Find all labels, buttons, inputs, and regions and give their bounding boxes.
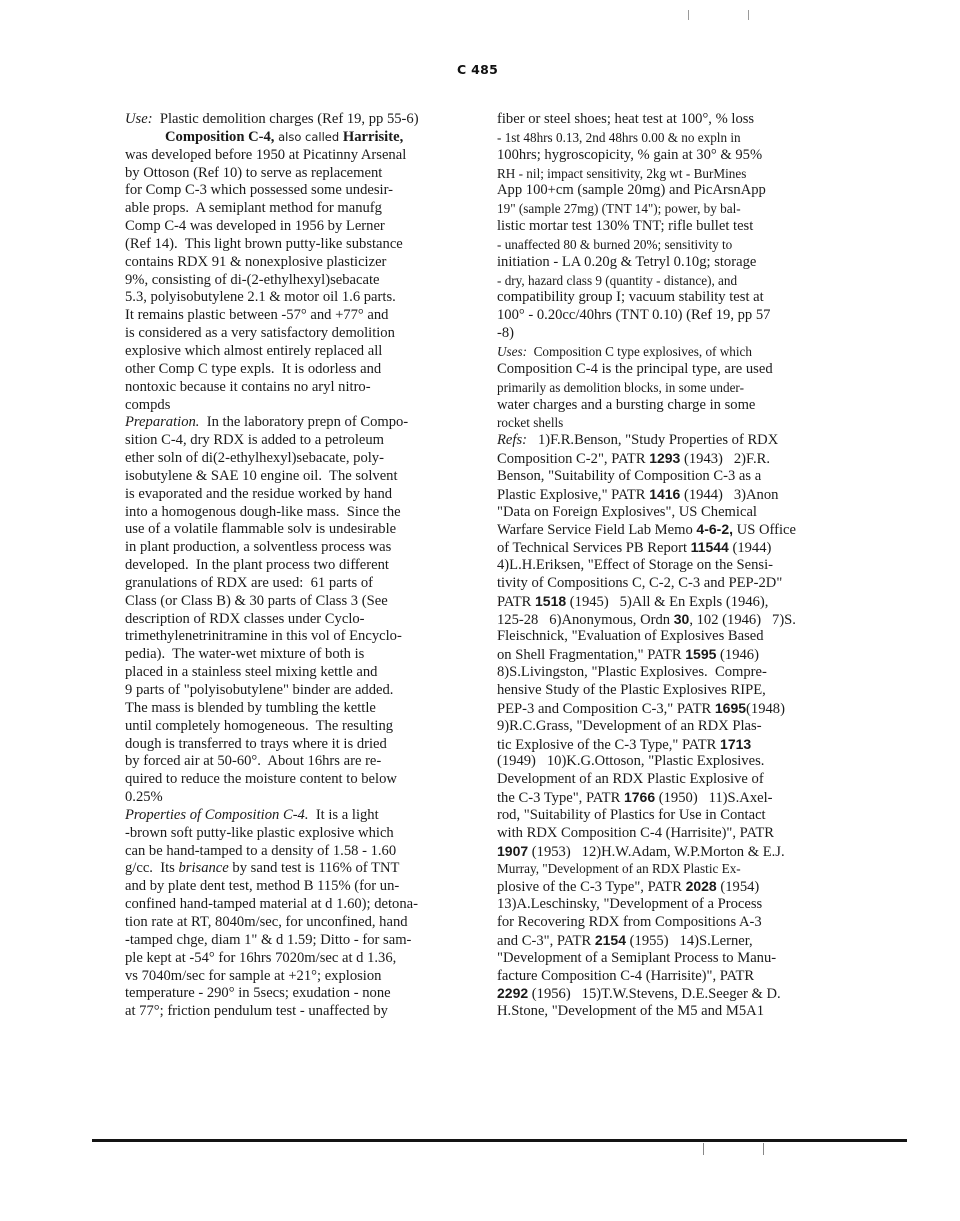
text-run: tivity of Compositions C, C-2, C-3 and P… bbox=[497, 575, 782, 591]
report-number: 1293 bbox=[649, 450, 680, 466]
text-line: "Data on Foreign Explosives", US Chemica… bbox=[497, 504, 842, 522]
text-line: plosive of the C-3 Type", PATR 2028 (195… bbox=[497, 878, 842, 896]
text-line: 2292 (1956) 15)T.W.Stevens, D.E.Seeger &… bbox=[497, 985, 842, 1003]
text-line: and by plate dent test, method B 115% (f… bbox=[125, 878, 470, 896]
text-line: can be hand-tamped to a density of 1.58 … bbox=[125, 843, 470, 861]
text-line: 19" (sample 27mg) (TNT 14"); power, by b… bbox=[497, 200, 842, 218]
text-run: facture Composition C-4 (Harrisite)", PA… bbox=[497, 968, 754, 984]
text-run: explosive which almost entirely replaced… bbox=[125, 343, 382, 359]
text-line: Composition C-4 is the principal type, a… bbox=[497, 361, 842, 379]
report-number: 1695 bbox=[715, 700, 746, 716]
heading-term: Harrisite, bbox=[343, 129, 403, 145]
text-run: plosive of the C-3 Type", PATR bbox=[497, 879, 686, 895]
text-run: -brown soft putty-like plastic explosive… bbox=[125, 825, 394, 841]
text-line: the C-3 Type", PATR 1766 (1950) 11)S.Axe… bbox=[497, 789, 842, 807]
text-line: of Technical Services PB Report 11544 (1… bbox=[497, 539, 842, 557]
text-line: pedia). The water-wet mixture of both is bbox=[125, 646, 470, 664]
text-line: quired to reduce the moisture content to… bbox=[125, 771, 470, 789]
text-line: 9%, consisting of di-(2-ethylhexyl)sebac… bbox=[125, 272, 470, 290]
text-line: water charges and a bursting charge in s… bbox=[497, 397, 842, 415]
text-line: at 77°; friction pendulum test - unaffec… bbox=[125, 1003, 470, 1021]
report-number: 30 bbox=[674, 611, 690, 627]
report-number: 2154 bbox=[595, 932, 626, 948]
text-run: (Ref 14). This light brown putty-like su… bbox=[125, 236, 403, 252]
text-line: 4)L.H.Eriksen, "Effect of Storage on the… bbox=[497, 557, 842, 575]
text-run: by sand test is 116% of TNT bbox=[229, 860, 400, 876]
text-run: ple kept at -54° for 16hrs 7020m/sec at … bbox=[125, 950, 396, 966]
text-run: RH - nil; impact sensitivity, 2kg wt - B… bbox=[497, 166, 746, 181]
text-run: 13)A.Leschinsky, "Development of a Proce… bbox=[497, 896, 762, 912]
text-run: hensive Study of the Plastic Explosives … bbox=[497, 682, 766, 698]
text-run: is considered as a very satisfactory dem… bbox=[125, 325, 395, 341]
scan-mark-bottom-1 bbox=[703, 1143, 704, 1155]
text-line: on Shell Fragmentation," PATR 1595 (1946… bbox=[497, 646, 842, 664]
text-run: vs 7040m/sec for sample at +21°; explosi… bbox=[125, 968, 381, 984]
text-line: Uses: Composition C type explosives, of … bbox=[497, 343, 842, 361]
text-line: 9 parts of "polyisobutylene" binder are … bbox=[125, 682, 470, 700]
text-run: compatibility group I; vacuum stability … bbox=[497, 289, 764, 305]
text-run: 19" (sample 27mg) (TNT 14"); power, by b… bbox=[497, 201, 741, 216]
page-number-header: C 485 bbox=[457, 62, 498, 77]
text-line: 0.25% bbox=[125, 789, 470, 807]
report-number: 1518 bbox=[535, 593, 566, 609]
text-run: "Data on Foreign Explosives", US Chemica… bbox=[497, 504, 757, 520]
text-line: Benson, "Suitability of Composition C-3 … bbox=[497, 468, 842, 486]
text-run: 9 parts of "polyisobutylene" binder are … bbox=[125, 682, 393, 698]
heading-term: Composition C-4, bbox=[165, 129, 274, 145]
text-run: description of RDX classes under Cyclo- bbox=[125, 611, 365, 627]
text-run: Fleischnick, "Evaluation of Explosives B… bbox=[497, 628, 764, 644]
text-run: , 102 (1946) 7)S. bbox=[689, 612, 796, 628]
text-run: (1956) 15)T.W.Stevens, D.E.Seeger & D. bbox=[528, 986, 781, 1002]
text-run: 100hrs; hygroscopicity, % gain at 30° & … bbox=[497, 147, 762, 163]
text-run: Development of an RDX Plastic Explosive … bbox=[497, 771, 764, 787]
text-run: g/cc. Its bbox=[125, 860, 179, 876]
text-run: compds bbox=[125, 397, 170, 413]
italic-label: Use: bbox=[125, 111, 153, 127]
text-run: able props. A semiplant method for manuf… bbox=[125, 200, 382, 216]
text-run: with RDX Composition C-4 (Harrisite)", P… bbox=[497, 825, 774, 841]
text-run: Comp C-4 was developed in 1956 by Lerner bbox=[125, 218, 385, 234]
text-run: fiber or steel shoes; heat test at 100°,… bbox=[497, 111, 754, 127]
text-run: isobutylene & SAE 10 engine oil. The sol… bbox=[125, 468, 398, 484]
text-run: 9)R.C.Grass, "Development of an RDX Plas… bbox=[497, 718, 762, 734]
text-run: in plant production, a solventless proce… bbox=[125, 539, 391, 555]
text-line: description of RDX classes under Cyclo- bbox=[125, 611, 470, 629]
text-run: Composition C-2", PATR bbox=[497, 451, 649, 467]
text-line: 100hrs; hygroscopicity, % gain at 30° & … bbox=[497, 147, 842, 165]
text-line: compatibility group I; vacuum stability … bbox=[497, 289, 842, 307]
text-run: PEP-3 and Composition C-3," PATR bbox=[497, 701, 715, 717]
report-number: 2028 bbox=[686, 878, 717, 894]
text-run: The mass is blended by tumbling the kett… bbox=[125, 700, 376, 716]
text-line: RH - nil; impact sensitivity, 2kg wt - B… bbox=[497, 165, 842, 183]
text-line: ple kept at -54° for 16hrs 7020m/sec at … bbox=[125, 950, 470, 968]
italic-label: brisance bbox=[179, 860, 229, 876]
report-number: 1766 bbox=[624, 789, 655, 805]
text-line: compds bbox=[125, 397, 470, 415]
text-line: for Recovering RDX from Compositions A-3 bbox=[497, 914, 842, 932]
text-line: 1907 (1953) 12)H.W.Adam, W.P.Morton & E.… bbox=[497, 843, 842, 861]
text-line: tion rate at RT, 8040m/sec, for unconfin… bbox=[125, 914, 470, 932]
text-run: also called bbox=[274, 130, 342, 144]
text-run: 0.25% bbox=[125, 789, 163, 805]
report-number: 1907 bbox=[497, 843, 528, 859]
text-run: sition C-4, dry RDX is added to a petrol… bbox=[125, 432, 384, 448]
text-run: is evaporated and the residue worked by … bbox=[125, 486, 392, 502]
text-line: sition C-4, dry RDX is added to a petrol… bbox=[125, 432, 470, 450]
text-line: App 100+cm (sample 20mg) and PicArsnApp bbox=[497, 182, 842, 200]
text-line: 5.3, polyisobutylene 2.1 & motor oil 1.6… bbox=[125, 289, 470, 307]
text-line: "Development of a Semiplant Process to M… bbox=[497, 950, 842, 968]
text-line: Properties of Composition C-4. It is a l… bbox=[125, 807, 470, 825]
text-run: rod, "Suitability of Plastics for Use in… bbox=[497, 807, 766, 823]
right-text-column: fiber or steel shoes; heat test at 100°,… bbox=[497, 111, 842, 1021]
text-line: was developed before 1950 at Picatinny A… bbox=[125, 147, 470, 165]
text-run: Benson, "Suitability of Composition C-3 … bbox=[497, 468, 761, 484]
text-run: for Recovering RDX from Compositions A-3 bbox=[497, 914, 762, 930]
text-line: Class (or Class B) & 30 parts of Class 3… bbox=[125, 593, 470, 611]
text-run: 5.3, polyisobutylene 2.1 & motor oil 1.6… bbox=[125, 289, 396, 305]
text-line: contains RDX 91 & nonexplosive plasticiz… bbox=[125, 254, 470, 272]
text-run: confined hand-tamped material at d 1.60)… bbox=[125, 896, 418, 912]
text-run: (1944) bbox=[729, 540, 772, 556]
text-run: water charges and a bursting charge in s… bbox=[497, 397, 755, 413]
text-line: PEP-3 and Composition C-3," PATR 1695(19… bbox=[497, 700, 842, 718]
text-run: -tamped chge, diam 1" & d 1.59; Ditto - … bbox=[125, 932, 411, 948]
text-run: (1946) bbox=[716, 647, 759, 663]
text-line: It remains plastic between -57° and +77°… bbox=[125, 307, 470, 325]
text-run: 4)L.H.Eriksen, "Effect of Storage on the… bbox=[497, 557, 773, 573]
text-line: 8)S.Livingston, "Plastic Explosives. Com… bbox=[497, 664, 842, 682]
text-line: - 1st 48hrs 0.13, 2nd 48hrs 0.00 & no ex… bbox=[497, 129, 842, 147]
text-line: is considered as a very satisfactory dem… bbox=[125, 325, 470, 343]
text-line: tic Explosive of the C-3 Type," PATR 171… bbox=[497, 736, 842, 754]
text-run: US Office bbox=[733, 522, 796, 538]
text-run: - dry, hazard class 9 (quantity - distan… bbox=[497, 273, 737, 288]
report-number: 1595 bbox=[685, 646, 716, 662]
text-run: (1953) 12)H.W.Adam, W.P.Morton & E.J. bbox=[528, 844, 784, 860]
text-run: other Comp C type expls. It is odorless … bbox=[125, 361, 381, 377]
text-line: rod, "Suitability of Plastics for Use in… bbox=[497, 807, 842, 825]
text-line: by forced air at 50-60°. About 16hrs are… bbox=[125, 753, 470, 771]
text-run: (1948) bbox=[746, 701, 785, 717]
text-run: was developed before 1950 at Picatinny A… bbox=[125, 147, 406, 163]
text-run: by Ottoson (Ref 10) to serve as replacem… bbox=[125, 165, 382, 181]
text-run: dough is transferred to trays where it i… bbox=[125, 736, 387, 752]
text-line: with RDX Composition C-4 (Harrisite)", P… bbox=[497, 825, 842, 843]
text-line: until completely homogeneous. The result… bbox=[125, 718, 470, 736]
text-line: Development of an RDX Plastic Explosive … bbox=[497, 771, 842, 789]
text-line: g/cc. Its brisance by sand test is 116% … bbox=[125, 860, 470, 878]
text-run: PATR bbox=[497, 594, 535, 610]
text-line: isobutylene & SAE 10 engine oil. The sol… bbox=[125, 468, 470, 486]
text-run: 9%, consisting of di-(2-ethylhexyl)sebac… bbox=[125, 272, 380, 288]
text-run: Class (or Class B) & 30 parts of Class 3… bbox=[125, 593, 388, 609]
text-run: It is a light bbox=[309, 807, 379, 823]
report-number: 1713 bbox=[720, 736, 751, 752]
text-run: (1944) 3)Anon bbox=[680, 487, 778, 503]
report-number: 11544 bbox=[691, 539, 729, 555]
text-line: temperature - 290° in 5secs; exudation -… bbox=[125, 985, 470, 1003]
text-run: tion rate at RT, 8040m/sec, for unconfin… bbox=[125, 914, 408, 930]
text-run: the C-3 Type", PATR bbox=[497, 790, 624, 806]
text-line: nontoxic because it contains no aryl nit… bbox=[125, 379, 470, 397]
text-line: -brown soft putty-like plastic explosive… bbox=[125, 825, 470, 843]
text-line: granulations of RDX are used: 61 parts o… bbox=[125, 575, 470, 593]
text-run: In the laboratory prepn of Compo- bbox=[199, 414, 408, 430]
text-run: trimethylenetrinitramine in this vol of … bbox=[125, 628, 402, 644]
text-line: 125-28 6)Anonymous, Ordn 30, 102 (1946) … bbox=[497, 611, 842, 629]
italic-label: Properties of Composition C-4. bbox=[125, 807, 309, 823]
section-heading-line: Composition C-4, also called Harrisite, bbox=[125, 129, 470, 147]
text-line: 9)R.C.Grass, "Development of an RDX Plas… bbox=[497, 718, 842, 736]
text-line: is evaporated and the residue worked by … bbox=[125, 486, 470, 504]
text-line: by Ottoson (Ref 10) to serve as replacem… bbox=[125, 165, 470, 183]
report-number: 1416 bbox=[649, 486, 680, 502]
text-line: able props. A semiplant method for manuf… bbox=[125, 200, 470, 218]
text-line: tivity of Compositions C, C-2, C-3 and P… bbox=[497, 575, 842, 593]
text-line: H.Stone, "Development of the M5 and M5A1 bbox=[497, 1003, 842, 1021]
text-line: Warfare Service Field Lab Memo 4-6-2, US… bbox=[497, 521, 842, 539]
text-run: 125-28 6)Anonymous, Ordn bbox=[497, 612, 674, 628]
text-run: "Development of a Semiplant Process to M… bbox=[497, 950, 776, 966]
text-run: 8)S.Livingston, "Plastic Explosives. Com… bbox=[497, 664, 767, 680]
text-run: can be hand-tamped to a density of 1.58 … bbox=[125, 843, 396, 859]
text-line: Use: Plastic demolition charges (Ref 19,… bbox=[125, 111, 470, 129]
text-line: and C-3", PATR 2154 (1955) 14)S.Lerner, bbox=[497, 932, 842, 950]
text-run: tic Explosive of the C-3 Type," PATR bbox=[497, 737, 720, 753]
text-line: Preparation. In the laboratory prepn of … bbox=[125, 414, 470, 432]
text-line: Murray, "Development of an RDX Plastic E… bbox=[497, 860, 842, 878]
text-run: use of a volatile flammable solv is unde… bbox=[125, 521, 396, 537]
text-line: fiber or steel shoes; heat test at 100°,… bbox=[497, 111, 842, 129]
text-line: The mass is blended by tumbling the kett… bbox=[125, 700, 470, 718]
text-run: placed in a stainless steel mixing kettl… bbox=[125, 664, 377, 680]
text-line: - dry, hazard class 9 (quantity - distan… bbox=[497, 272, 842, 290]
text-line: Comp C-4 was developed in 1956 by Lerner bbox=[125, 218, 470, 236]
text-run: for Comp C-3 which possessed some undesi… bbox=[125, 182, 393, 198]
text-line: Fleischnick, "Evaluation of Explosives B… bbox=[497, 628, 842, 646]
text-run: Composition C-4 is the principal type, a… bbox=[497, 361, 773, 377]
text-run: Warfare Service Field Lab Memo bbox=[497, 522, 696, 538]
text-run: 1)F.R.Benson, "Study Properties of RDX bbox=[527, 432, 778, 448]
text-line: Plastic Explosive," PATR 1416 (1944) 3)A… bbox=[497, 486, 842, 504]
text-line: primarily as demolition blocks, in some … bbox=[497, 379, 842, 397]
text-line: 13)A.Leschinsky, "Development of a Proce… bbox=[497, 896, 842, 914]
text-run: into a homogenous dough-like mass. Since… bbox=[125, 504, 401, 520]
text-run: (1954) bbox=[717, 879, 760, 895]
text-line: Composition C-2", PATR 1293 (1943) 2)F.R… bbox=[497, 450, 842, 468]
text-line: listic mortar test 130% TNT; rifle bulle… bbox=[497, 218, 842, 236]
italic-label: Refs: bbox=[497, 432, 527, 448]
text-run: - 1st 48hrs 0.13, 2nd 48hrs 0.00 & no ex… bbox=[497, 130, 741, 145]
text-run: on Shell Fragmentation," PATR bbox=[497, 647, 685, 663]
text-run: contains RDX 91 & nonexplosive plasticiz… bbox=[125, 254, 386, 270]
text-line: 100° - 0.20cc/40hrs (TNT 0.10) (Ref 19, … bbox=[497, 307, 842, 325]
text-line: ether soln of di(2-ethylhexyl)sebacate, … bbox=[125, 450, 470, 468]
text-run: Murray, "Development of an RDX Plastic E… bbox=[497, 861, 741, 876]
text-run: of Technical Services PB Report bbox=[497, 540, 691, 556]
text-run: It remains plastic between -57° and +77°… bbox=[125, 307, 388, 323]
text-run: (1955) 14)S.Lerner, bbox=[626, 933, 753, 949]
text-line: other Comp C type expls. It is odorless … bbox=[125, 361, 470, 379]
text-line: vs 7040m/sec for sample at +21°; explosi… bbox=[125, 968, 470, 986]
text-run: granulations of RDX are used: 61 parts o… bbox=[125, 575, 373, 591]
text-run: H.Stone, "Development of the M5 and M5A1 bbox=[497, 1003, 764, 1019]
text-line: hensive Study of the Plastic Explosives … bbox=[497, 682, 842, 700]
text-run: and by plate dent test, method B 115% (f… bbox=[125, 878, 399, 894]
text-line: in plant production, a solventless proce… bbox=[125, 539, 470, 557]
text-run: primarily as demolition blocks, in some … bbox=[497, 380, 744, 395]
report-number: 4-6-2, bbox=[696, 521, 733, 537]
text-line: (Ref 14). This light brown putty-like su… bbox=[125, 236, 470, 254]
text-run: (1950) 11)S.Axel- bbox=[655, 790, 772, 806]
text-line: (1949) 10)K.G.Ottoson, "Plastic Explosiv… bbox=[497, 753, 842, 771]
text-run: Plastic demolition charges (Ref 19, pp 5… bbox=[153, 111, 419, 127]
text-line: trimethylenetrinitramine in this vol of … bbox=[125, 628, 470, 646]
text-run: at 77°; friction pendulum test - unaffec… bbox=[125, 1003, 388, 1019]
text-run: quired to reduce the moisture content to… bbox=[125, 771, 397, 787]
text-run: by forced air at 50-60°. About 16hrs are… bbox=[125, 753, 381, 769]
text-line: rocket shells bbox=[497, 414, 842, 432]
report-number: 2292 bbox=[497, 985, 528, 1001]
italic-label: Uses: bbox=[497, 344, 527, 359]
text-line: initiation - LA 0.20g & Tetryl 0.10g; st… bbox=[497, 254, 842, 272]
text-line: confined hand-tamped material at d 1.60)… bbox=[125, 896, 470, 914]
text-line: -8) bbox=[497, 325, 842, 343]
text-line: placed in a stainless steel mixing kettl… bbox=[125, 664, 470, 682]
text-line: PATR 1518 (1945) 5)All & En Expls (1946)… bbox=[497, 593, 842, 611]
text-line: facture Composition C-4 (Harrisite)", PA… bbox=[497, 968, 842, 986]
text-run: pedia). The water-wet mixture of both is bbox=[125, 646, 364, 662]
text-run: (1949) 10)K.G.Ottoson, "Plastic Explosiv… bbox=[497, 753, 764, 769]
text-run: - unaffected 80 & burned 20%; sensitivit… bbox=[497, 237, 732, 252]
text-run: rocket shells bbox=[497, 415, 563, 430]
text-line: Refs: 1)F.R.Benson, "Study Properties of… bbox=[497, 432, 842, 450]
text-run: Composition C type explosives, of which bbox=[527, 344, 752, 359]
text-run: App 100+cm (sample 20mg) and PicArsnApp bbox=[497, 182, 766, 198]
text-run: -8) bbox=[497, 325, 514, 341]
text-run: (1945) 5)All & En Expls (1946), bbox=[566, 594, 768, 610]
text-run: (1943) 2)F.R. bbox=[680, 451, 770, 467]
text-run: listic mortar test 130% TNT; rifle bulle… bbox=[497, 218, 753, 234]
text-line: -tamped chge, diam 1" & d 1.59; Ditto - … bbox=[125, 932, 470, 950]
text-line: use of a volatile flammable solv is unde… bbox=[125, 521, 470, 539]
text-run: temperature - 290° in 5secs; exudation -… bbox=[125, 985, 391, 1001]
scan-mark-top-1 bbox=[688, 10, 689, 20]
left-text-column: Use: Plastic demolition charges (Ref 19,… bbox=[125, 111, 470, 1021]
scan-mark-top-2 bbox=[748, 10, 749, 20]
text-line: for Comp C-3 which possessed some undesi… bbox=[125, 182, 470, 200]
text-run: Plastic Explosive," PATR bbox=[497, 487, 649, 503]
scan-mark-bottom-2 bbox=[763, 1143, 764, 1155]
text-line: - unaffected 80 & burned 20%; sensitivit… bbox=[497, 236, 842, 254]
text-line: into a homogenous dough-like mass. Since… bbox=[125, 504, 470, 522]
text-run: developed. In the plant process two diff… bbox=[125, 557, 389, 573]
text-run: initiation - LA 0.20g & Tetryl 0.10g; st… bbox=[497, 254, 756, 270]
bottom-rule-divider bbox=[92, 1139, 907, 1142]
text-line: developed. In the plant process two diff… bbox=[125, 557, 470, 575]
text-line: explosive which almost entirely replaced… bbox=[125, 343, 470, 361]
italic-label: Preparation. bbox=[125, 414, 199, 430]
text-run: until completely homogeneous. The result… bbox=[125, 718, 393, 734]
text-run: nontoxic because it contains no aryl nit… bbox=[125, 379, 371, 395]
text-run: 100° - 0.20cc/40hrs (TNT 0.10) (Ref 19, … bbox=[497, 307, 770, 323]
text-run: ether soln of di(2-ethylhexyl)sebacate, … bbox=[125, 450, 384, 466]
text-line: dough is transferred to trays where it i… bbox=[125, 736, 470, 754]
text-run: and C-3", PATR bbox=[497, 933, 595, 949]
